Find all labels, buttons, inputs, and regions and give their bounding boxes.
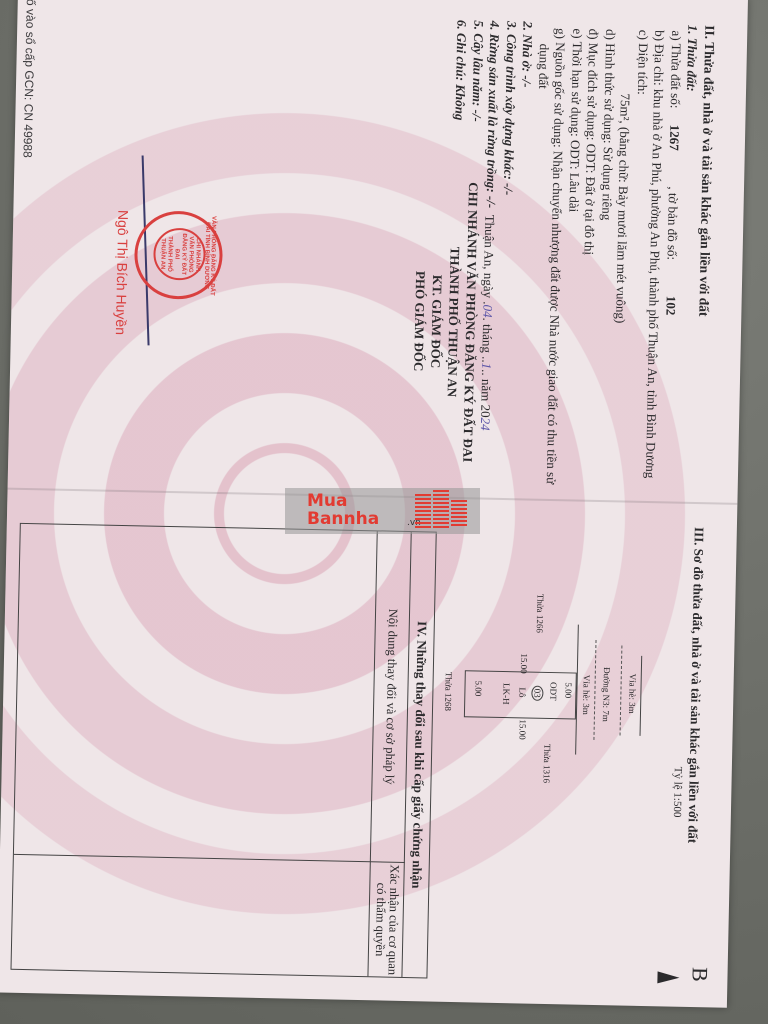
left-dimension: 15.00 (519, 653, 529, 673)
sidewalk-label-1: Vỉa hè: 3m (627, 674, 638, 714)
road-label: Đường N3: 7m (601, 667, 612, 722)
stamp-center: CHI NHÁNH VĂN PHÒNG ĐĂNG KÝ ĐẤT ĐAI THÀN… (153, 228, 206, 281)
map-scale: Tỷ lệ 1:500 (671, 767, 684, 818)
signer-name: Ngô Thị Bích Huyền (113, 210, 132, 335)
right-dimension: 15.00 (517, 719, 527, 739)
registry-number: Số vào sổ cấp GCN: CN 49988 (20, 0, 37, 158)
section-3-title: III. Sơ đồ thửa đất, nhà ở và tài sản kh… (681, 527, 707, 987)
block-label: LK-H (501, 683, 511, 705)
back-dimension: 5.00 (473, 680, 483, 696)
col-change-content: Nội dung thay đổi và cơ sở pháp lý (371, 531, 412, 863)
neighbor-parcel-1266: Thửa 1266 (535, 594, 546, 633)
official-red-stamp: VĂN PHÒNG ĐĂNG KÝ ĐẤT ĐAI TỈNH BÌNH DƯƠN… (134, 210, 224, 300)
parcel-number: 1267 (667, 125, 683, 151)
neighbor-parcel-1268: Thửa 1268 (443, 672, 454, 711)
changes-table: IV. Những thay đổi sau khi cấp giấy chứn… (10, 523, 436, 979)
sidewalk-label-2: Vỉa hè: 3m (581, 675, 592, 715)
lot-label: Lô (517, 687, 527, 697)
building-logo-icon (415, 494, 431, 528)
land-code: ODT (548, 682, 558, 701)
north-label: B (686, 967, 712, 982)
signature-block: Thuận An, ngày .04. tháng ..1.. năm 2024… (408, 171, 499, 473)
front-dimension: 5.00 (563, 682, 573, 698)
map-sheet-number: 102 (663, 296, 678, 316)
parcel-sketch-map: Vỉa hè: 3m Đường N3: 7m Vỉa hè: 3m 5.00 … (468, 552, 677, 976)
col-authority-confirmation: Xác nhận của cơ quan có thẩm quyền (368, 862, 404, 977)
neighbor-parcel-1316: Thửa 1316 (542, 744, 553, 783)
changes-table-divider (14, 854, 371, 862)
muabannha-watermark: Mua Bannha .vn (285, 488, 480, 534)
